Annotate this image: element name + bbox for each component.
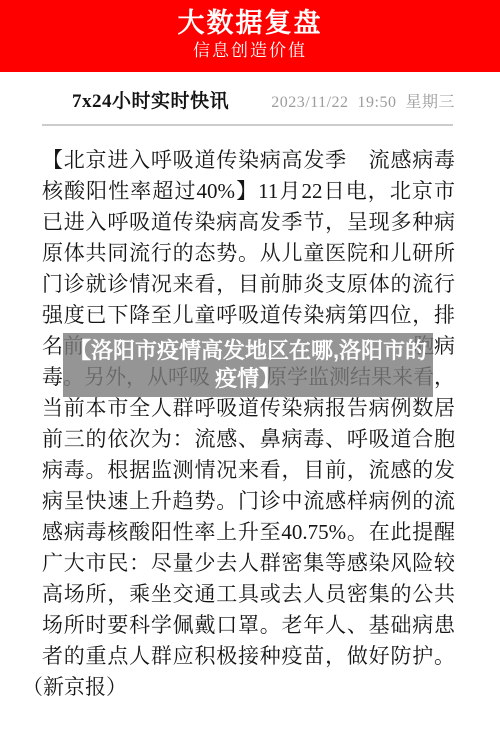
divider — [42, 124, 453, 126]
article-line: 病呈快速上升趋势。门诊中流感样病例的流 — [42, 486, 455, 517]
newsbar-title: 7x24小时实时快讯 — [72, 86, 229, 113]
article-line: 原体共同流行的态势。从儿童医院和儿研所 — [42, 238, 455, 269]
article-line: 强度已下降至儿童呼吸道传染病第四位，排 — [42, 300, 455, 331]
overlay-caption-line2: 疫情】 — [63, 365, 433, 393]
article-line: 病毒。根据监测情况来看，目前，流感的发 — [42, 455, 455, 486]
article-line: 【北京进入呼吸道传染病高发季 流感病毒 — [42, 145, 455, 176]
masthead: 大数据复盘 信息创造价值 — [0, 0, 500, 72]
article-credit: （新京报） — [22, 672, 455, 703]
masthead-title: 大数据复盘 — [0, 0, 500, 40]
article-line: 广大市民：尽量少去人群密集等感染风险较 — [42, 548, 455, 579]
article-line: 前三的依次为：流感、鼻病毒、呼吸道合胞 — [42, 424, 455, 455]
article-line: 门诊就诊情况来看，目前肺炎支原体的流行 — [42, 269, 455, 300]
overlay-caption: 【洛阳市疫情高发地区在哪,洛阳市的 疫情】 — [63, 333, 433, 397]
article-line: 感病毒核酸阳性率上升至40.75%。在此提醒 — [42, 517, 455, 548]
page: 大数据复盘 信息创造价值 7x24小时实时快讯 2023/11/22 19:50… — [0, 0, 500, 734]
newsbar: 7x24小时实时快讯 2023/11/22 19:50 星期三 — [72, 86, 455, 113]
article-line: 已进入呼吸道传染病高发季节，呈现多种病 — [42, 207, 455, 238]
newsbar-datetime: 2023/11/22 19:50 星期三 — [271, 89, 455, 112]
article-line: 场所时要科学佩戴口罩。老年人、基础病患 — [42, 610, 455, 641]
article-line: 高场所，乘坐交通工具或去人员密集的公共 — [42, 579, 455, 610]
article-line: 者的重点人群应积极接种疫苗，做好防护。 — [42, 641, 455, 672]
masthead-tagline: 信息创造价值 — [0, 40, 500, 62]
article-line: 核酸阳性率超过40%】11月22日电，北京市 — [42, 176, 455, 207]
overlay-caption-line1: 【洛阳市疫情高发地区在哪,洛阳市的 — [63, 337, 433, 365]
article-body: 【北京进入呼吸道传染病高发季 流感病毒 核酸阳性率超过40%】11月22日电，北… — [42, 145, 455, 703]
article-line: 当前本市全人群呼吸道传染病报告病例数居 — [42, 393, 455, 424]
